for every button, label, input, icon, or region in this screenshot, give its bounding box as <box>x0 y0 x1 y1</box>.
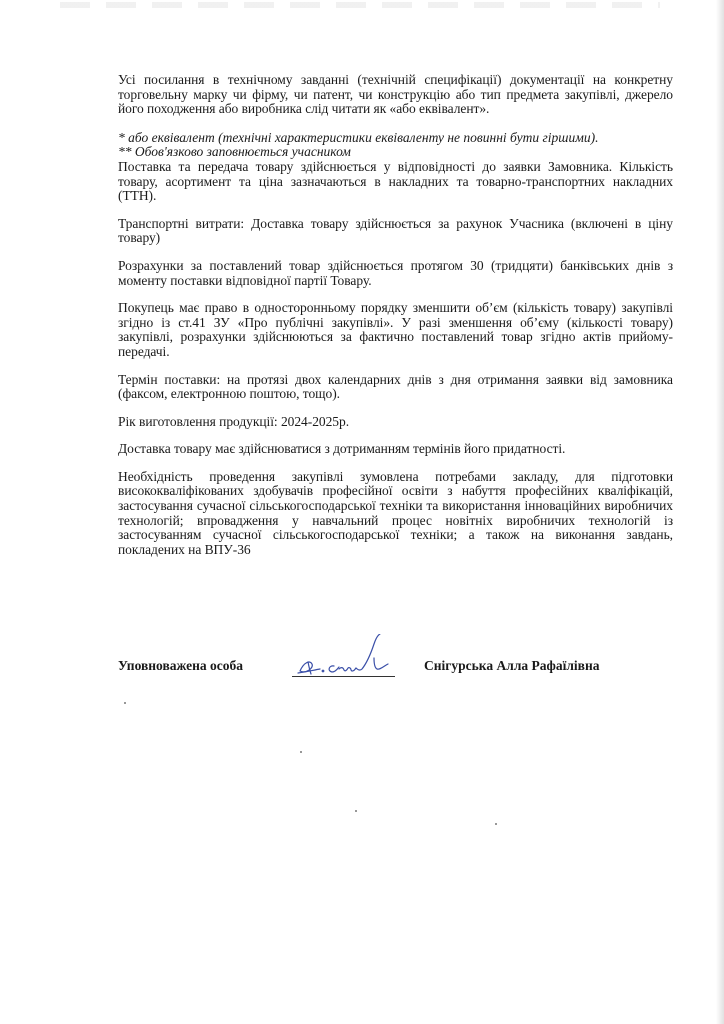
scan-speck <box>495 823 497 825</box>
scan-edge-shadow <box>716 0 724 1024</box>
signer-name: Снігурська Алла Рафаїлівна <box>424 658 600 674</box>
note-equivalent: * або еквівалент (технічні характеристик… <box>118 131 673 146</box>
document-page: Усі посилання в технічному завданні (тех… <box>118 73 673 557</box>
payment-terms-paragraph: Розрахунки за поставлений товар здійснює… <box>118 259 673 288</box>
equivalent-clause-paragraph: Усі посилання в технічному завданні (тех… <box>118 73 673 117</box>
handwritten-signature-icon <box>294 634 404 678</box>
shelf-life-paragraph: Доставка товару має здійснюватися з дотр… <box>118 442 673 457</box>
delivery-period-paragraph: Термін поставки: на протязі двох календа… <box>118 373 673 402</box>
production-year-paragraph: Рік виготовлення продукції: 2024-2025р. <box>118 415 673 430</box>
signature-line <box>292 676 395 677</box>
transport-costs-paragraph: Транспортні витрати: Доставка товару зді… <box>118 217 673 246</box>
scan-speck <box>355 810 357 812</box>
volume-reduction-paragraph: Покупець має право в односторонньому пор… <box>118 301 673 359</box>
signature-block: Уповноважена особа Снігурська Алла Рафаї… <box>118 632 678 682</box>
scan-speck <box>124 702 126 704</box>
scan-speck <box>300 751 302 753</box>
authorized-person-label: Уповноважена особа <box>118 658 243 674</box>
justification-paragraph: Необхідність проведення закупівлі зумовл… <box>118 470 673 558</box>
scan-bleed-through <box>60 2 660 8</box>
note-mandatory: ** Обов'язково заповнюється учасником <box>118 145 673 160</box>
delivery-terms-paragraph: Поставка та передача товару здійснюється… <box>118 160 673 204</box>
